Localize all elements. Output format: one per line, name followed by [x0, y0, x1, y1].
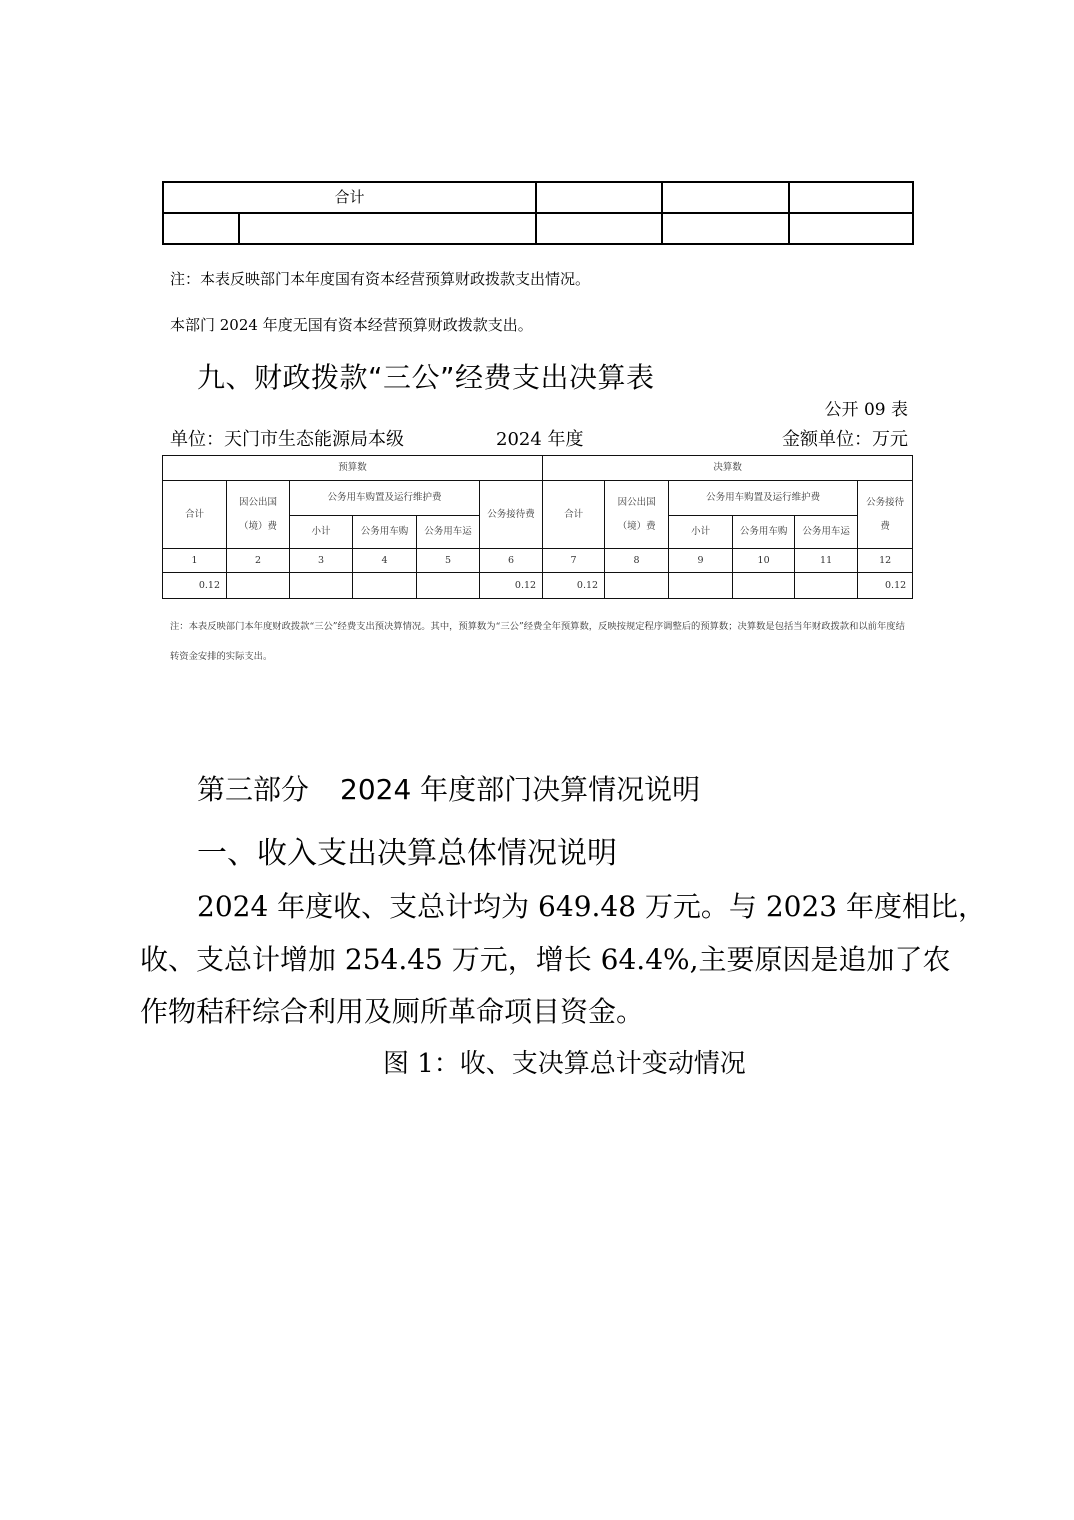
form-number: 公开 09 表	[825, 400, 908, 420]
final-vehicle-operation-header: 公务用车运	[795, 516, 858, 549]
table-cell	[536, 182, 662, 213]
column-number: 8	[605, 549, 669, 573]
header-line: 公务接待	[861, 496, 909, 510]
table-note-line-2: 转资金安排的实际支出。	[170, 651, 272, 663]
section-one-title: 一、收入支出决算总体情况说明	[197, 837, 617, 871]
final-reception-header: 公务接待 费	[858, 481, 913, 549]
column-number: 7	[543, 549, 605, 573]
final-vehicle-purchase-header: 公务用车购	[733, 516, 795, 549]
header-line: 因公出国	[608, 496, 665, 510]
final-vehicle-header: 公务用车购置及运行维护费	[669, 481, 858, 516]
column-number: 6	[480, 549, 543, 573]
column-number: 3	[290, 549, 353, 573]
column-number: 12	[858, 549, 913, 573]
final-group-header: 决算数	[543, 456, 913, 481]
header-line: 费	[861, 520, 909, 534]
budget-vehicle-header: 公务用车购置及运行维护费	[290, 481, 480, 516]
table-cell	[789, 182, 913, 213]
group-header-row: 预算数 决算数	[163, 456, 913, 481]
column-number-row: 1 2 3 4 5 6 7 8 9 10 11 12	[163, 549, 913, 573]
paragraph-line: 收、支总计增加 254.45 万元，增长 64.4%,主要原因是追加了农	[140, 934, 940, 987]
value-cell	[795, 573, 858, 599]
part-three-title: 2024 年度部门决算情况说明	[340, 774, 700, 806]
amount-unit-label: 金额单位：万元	[782, 429, 908, 450]
budget-vehicle-purchase-header: 公务用车购	[353, 516, 417, 549]
budget-overseas-header: 因公出国 （境）费	[227, 481, 290, 549]
column-number: 9	[669, 549, 733, 573]
state-capital-note: 注：本表反映部门本年度国有资本经营预算财政拨款支出情况。	[170, 270, 590, 288]
column-number: 2	[227, 549, 290, 573]
value-cell	[669, 573, 733, 599]
value-cell	[605, 573, 669, 599]
paragraph-line: 作物秸秆综合利用及厕所革命项目资金。	[140, 986, 940, 1039]
table-cell	[239, 213, 536, 244]
budget-subtotal-header: 小计	[290, 516, 353, 549]
table-cell	[789, 213, 913, 244]
state-capital-budget-table: 合计	[162, 181, 914, 245]
paragraph-line: 2024 年度收、支总计均为 649.48 万元。与 2023 年度相比，	[140, 881, 940, 934]
value-cell: 0.12	[163, 573, 227, 599]
value-cell	[417, 573, 480, 599]
table-cell	[536, 213, 662, 244]
table-cell	[662, 182, 789, 213]
summary-paragraph: 2024 年度收、支总计均为 649.48 万元。与 2023 年度相比， 收、…	[140, 881, 940, 1039]
header-line: （境）费	[230, 520, 286, 534]
column-number: 5	[417, 549, 480, 573]
budget-group-header: 预算数	[163, 456, 543, 481]
header-line: （境）费	[608, 520, 665, 534]
value-cell	[353, 573, 417, 599]
value-cell: 0.12	[543, 573, 605, 599]
table-note-line-1: 注：本表反映部门本年度财政拨款“三公”经费支出预决算情况。其中，预算数为“三公”…	[170, 621, 905, 633]
value-cell	[290, 573, 353, 599]
figure-caption: 图 1：收、支决算总计变动情况	[383, 1049, 746, 1079]
section-nine-title: 九、财政拨款“三公”经费支出决算表	[197, 362, 655, 394]
column-header-row: 合计 因公出国 （境）费 公务用车购置及运行维护费 公务接待费 合计 因公出国 …	[163, 481, 913, 516]
unit-label: 单位：天门市生态能源局本级	[170, 429, 404, 450]
value-cell	[733, 573, 795, 599]
three-public-expenses-table: 预算数 决算数 合计 因公出国 （境）费 公务用车购置及运行维护费 公务接待费 …	[162, 455, 913, 599]
table-row: 0.12 0.12 0.12 0.12	[163, 573, 913, 599]
table-cell	[662, 213, 789, 244]
budget-reception-header: 公务接待费	[480, 481, 543, 549]
column-number: 4	[353, 549, 417, 573]
column-number: 10	[733, 549, 795, 573]
table-total-row: 合计	[163, 182, 913, 213]
column-number: 1	[163, 549, 227, 573]
part-three-label: 第三部分	[197, 774, 309, 806]
header-line: 因公出国	[230, 496, 286, 510]
final-total-header: 合计	[543, 481, 605, 549]
state-capital-statement: 本部门 2024 年度无国有资本经营预算财政拨款支出。	[170, 316, 533, 334]
fiscal-year-label: 2024 年度	[496, 429, 584, 450]
table-row	[163, 213, 913, 244]
final-overseas-header: 因公出国 （境）费	[605, 481, 669, 549]
table-cell	[163, 213, 239, 244]
value-cell: 0.12	[858, 573, 913, 599]
budget-vehicle-operation-header: 公务用车运	[417, 516, 480, 549]
budget-total-header: 合计	[163, 481, 227, 549]
final-subtotal-header: 小计	[669, 516, 733, 549]
value-cell: 0.12	[480, 573, 543, 599]
column-number: 11	[795, 549, 858, 573]
total-label-cell: 合计	[163, 182, 536, 213]
value-cell	[227, 573, 290, 599]
